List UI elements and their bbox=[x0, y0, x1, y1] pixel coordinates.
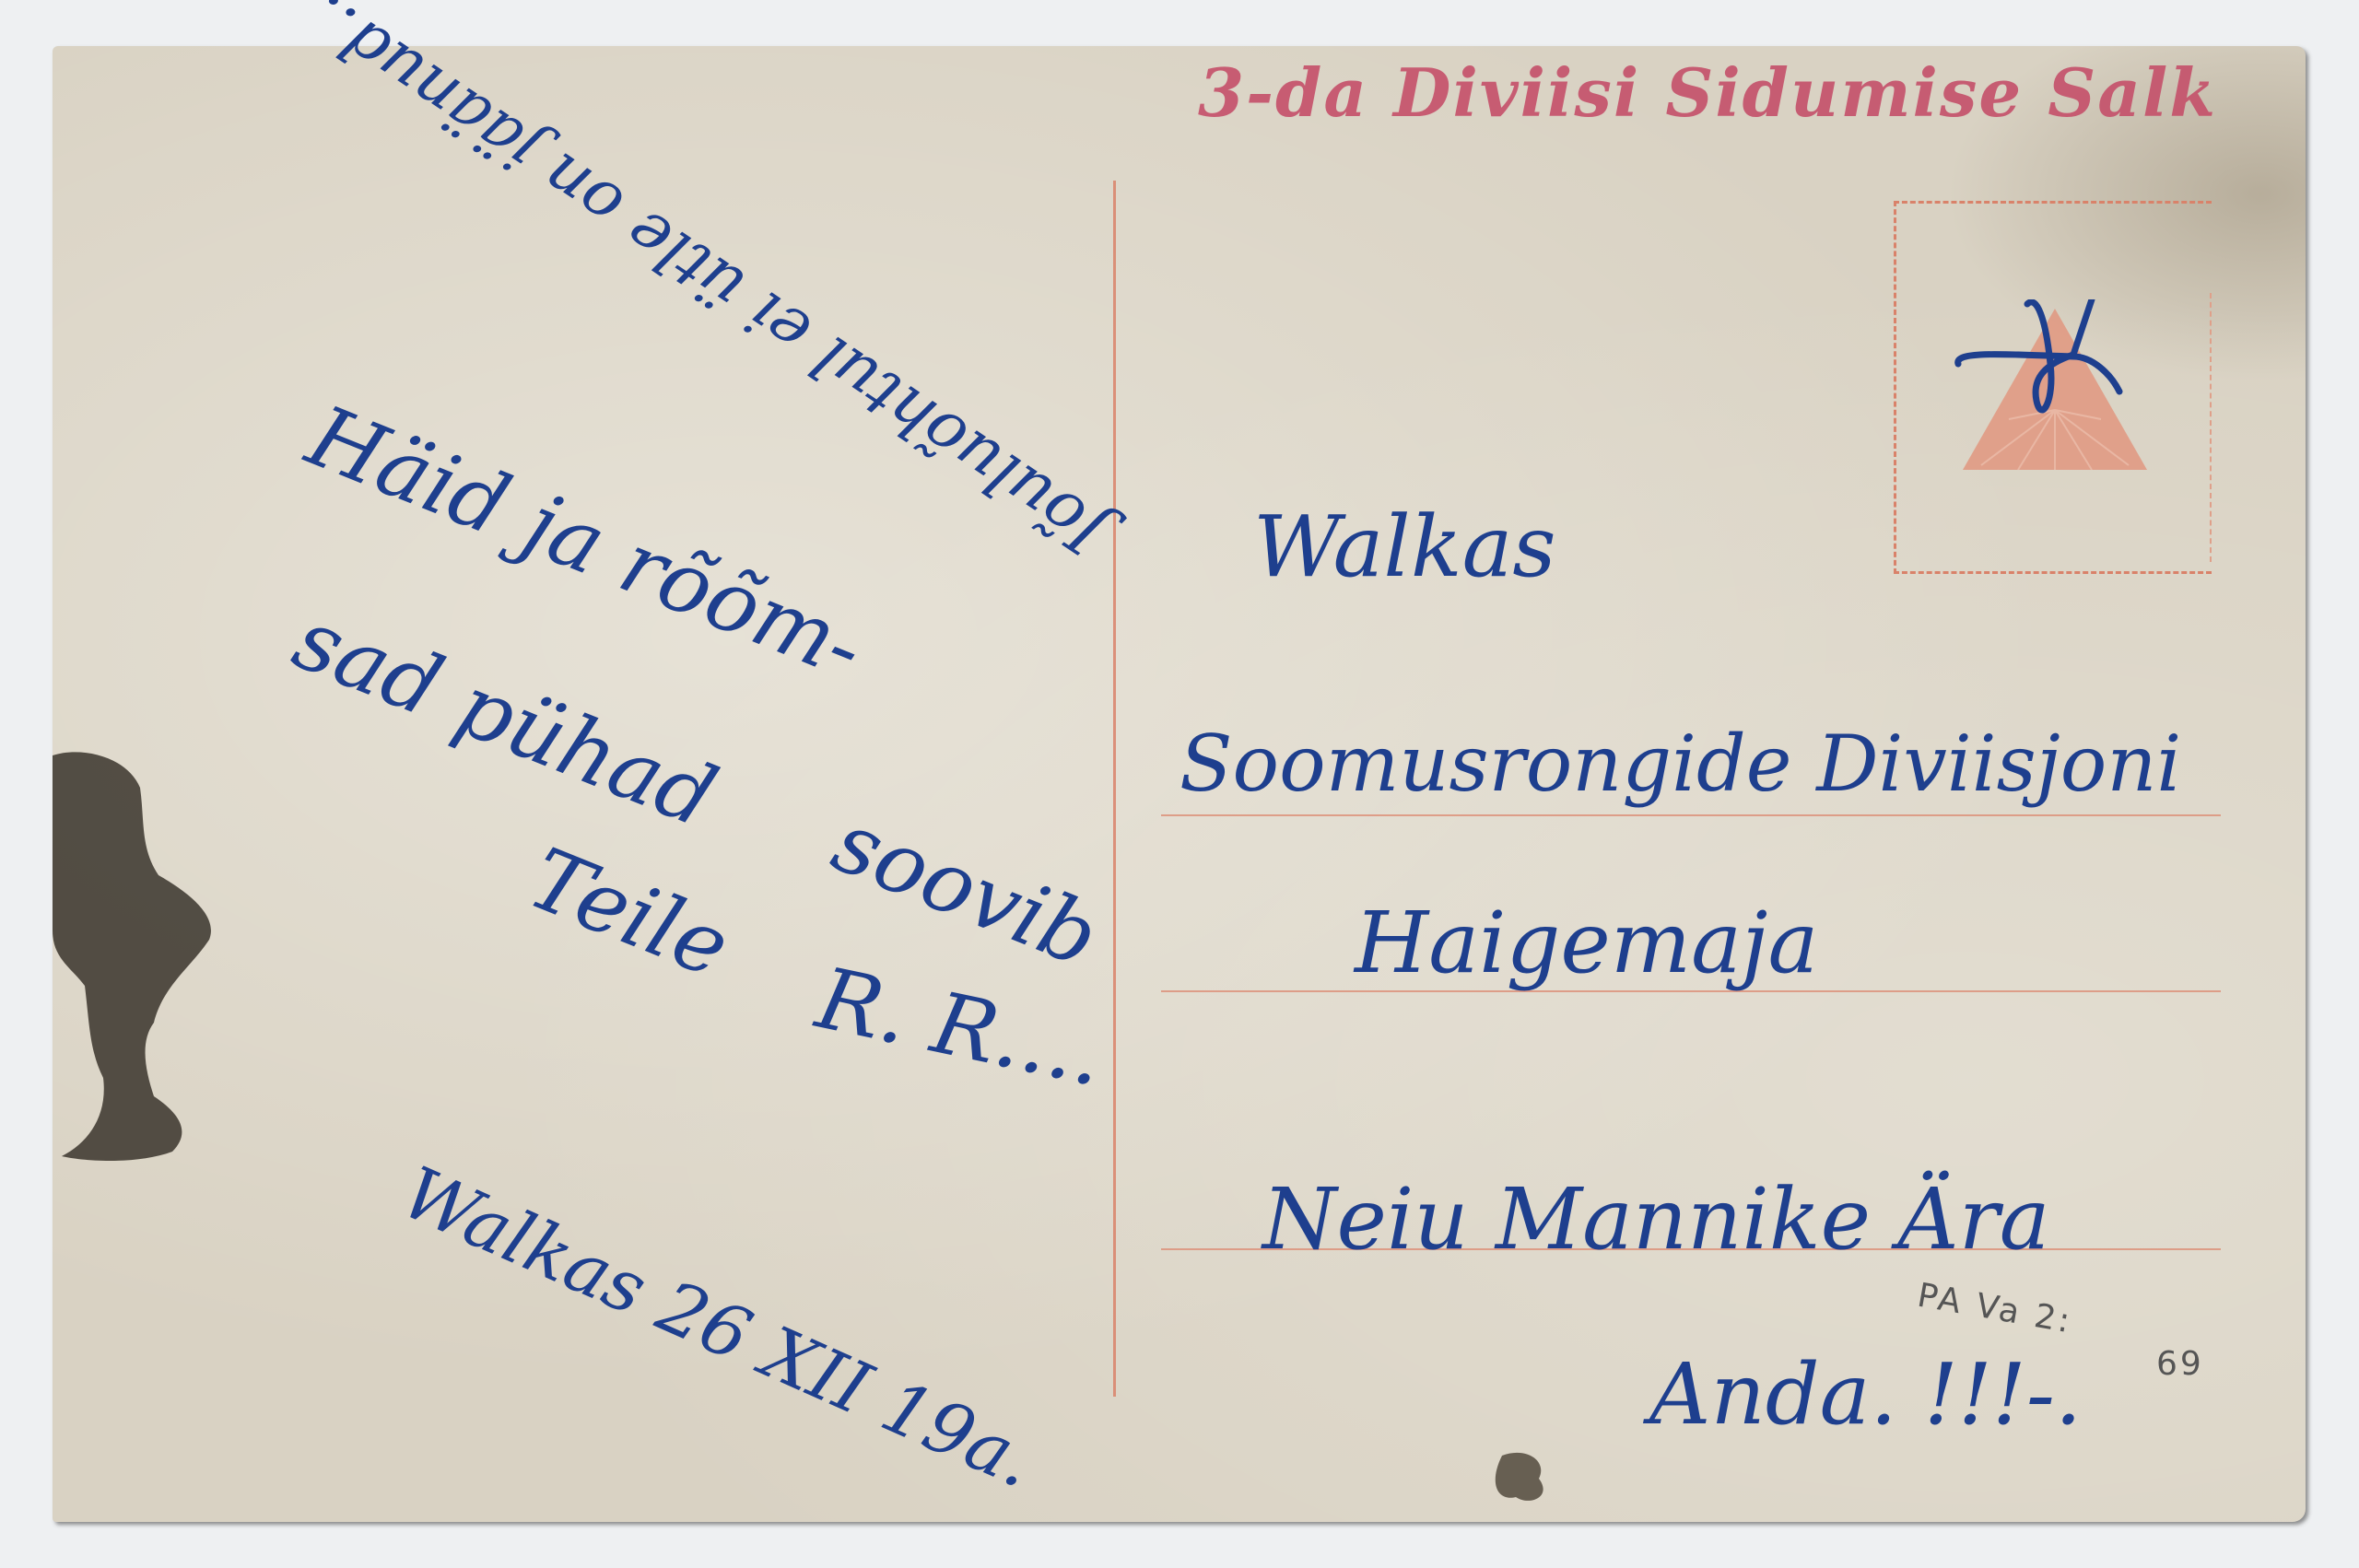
address-line-4: Neiu Mannike Ära bbox=[1262, 1170, 2050, 1269]
card-divider bbox=[1113, 181, 1116, 1397]
address-line bbox=[1161, 814, 2221, 816]
archive-pencil-number: 69 bbox=[2156, 1345, 2204, 1383]
ink-stain-small-icon bbox=[1484, 1446, 1557, 1511]
unit-header-stamp: 3-da Diviisi Sidumise Salk bbox=[1198, 53, 2217, 132]
ink-stain-icon bbox=[53, 746, 246, 1170]
address-line-5: Anda. !!!-. bbox=[1649, 1345, 2082, 1444]
address-line-2: Soomusrongide Diviisjoni bbox=[1179, 719, 2181, 809]
triangle-stamp-icon bbox=[1954, 299, 2156, 484]
address-line-3: Haigemaja bbox=[1355, 894, 1818, 992]
address-line-1: Walkas bbox=[1253, 497, 1556, 596]
